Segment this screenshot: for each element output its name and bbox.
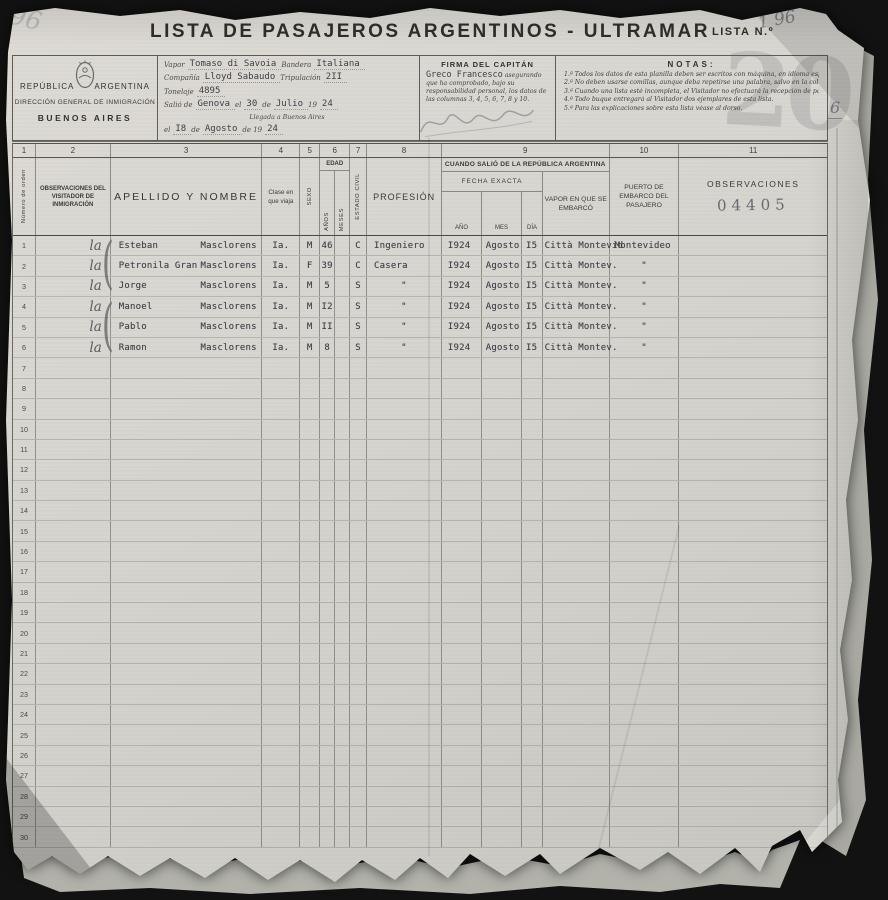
cell-prof: Casera [367, 256, 442, 275]
cell-puerto [610, 807, 680, 826]
cell-estado [350, 603, 367, 622]
cell-anio [442, 460, 482, 479]
cell-anios [320, 420, 335, 439]
table-row: 17 [13, 562, 827, 582]
tripulacion-value: 2II [324, 72, 347, 83]
cell-anio [442, 685, 482, 704]
cell-anio: I924 [442, 297, 482, 316]
cell-dia [522, 583, 543, 602]
cell-n: 20 [13, 623, 36, 642]
cell-dia [522, 603, 543, 622]
cell-anio [442, 399, 482, 418]
cell-dia [522, 562, 543, 581]
table-row: 16 [13, 542, 827, 562]
compania-value: Lloyd Sabaudo [203, 72, 280, 83]
cell-obs [679, 358, 827, 377]
cell-estado [350, 787, 367, 806]
cell-clase [262, 521, 300, 540]
cell-mes [482, 521, 522, 540]
table-row: 18 [13, 583, 827, 603]
cell-puerto [610, 460, 680, 479]
cell-sexo [300, 664, 320, 683]
tonelaje-value: 4895 [197, 86, 226, 97]
vertical-crease [836, 128, 838, 832]
cell-anios [320, 725, 335, 744]
cell-last [201, 664, 263, 683]
cell-vapor [543, 664, 610, 683]
cell-anios: 46 [320, 236, 335, 255]
table-row: 4laManoelMasclorensIa.MI2S"I924AgostoI5C… [13, 297, 827, 317]
cell-mark [36, 725, 111, 744]
cell-last [201, 807, 263, 826]
cell-sexo [300, 440, 320, 459]
cell-anio [442, 521, 482, 540]
cell-first [111, 481, 201, 500]
cell-n: 17 [13, 562, 36, 581]
passenger-table: 1 2 3 4 5 6 7 8 9 10 11 Número de orden … [12, 143, 828, 848]
cell-mark: la [36, 236, 111, 255]
cell-obs [679, 440, 827, 459]
cell-last [201, 420, 263, 439]
cell-estado [350, 583, 367, 602]
cell-anios [320, 440, 335, 459]
salio-anio: 24 [320, 99, 338, 110]
salio-puerto: Genova [196, 99, 236, 110]
cell-mes [482, 807, 522, 826]
cell-n: 28 [13, 787, 36, 806]
cell-mes [482, 358, 522, 377]
cell-prof [367, 460, 442, 479]
col-num: 1 [13, 144, 36, 157]
table-row: 29 [13, 807, 827, 827]
cell-puerto [610, 644, 680, 663]
table-row: 13 [13, 481, 827, 501]
cell-clase [262, 481, 300, 500]
cell-first [111, 623, 201, 642]
cell-n: 25 [13, 725, 36, 744]
cell-vapor [543, 603, 610, 622]
cell-mes [482, 583, 522, 602]
cell-clase: Ia. [262, 256, 300, 275]
cell-mes [482, 603, 522, 622]
cell-mes [482, 705, 522, 724]
cell-first [111, 644, 201, 663]
cell-sexo [300, 562, 320, 581]
cell-prof [367, 583, 442, 602]
cell-puerto [610, 399, 680, 418]
cell-anio: I924 [442, 338, 482, 357]
cell-anios [320, 521, 335, 540]
cell-obs [679, 481, 827, 500]
table-row: 24 [13, 705, 827, 725]
cell-anios: II [320, 318, 335, 337]
llegada-de-label: de [191, 126, 200, 134]
cell-puerto: " [610, 297, 680, 316]
cell-anios [320, 664, 335, 683]
cell-dia [522, 623, 543, 642]
cell-first [111, 501, 201, 520]
captain-signature [413, 96, 545, 145]
cell-mes [482, 623, 522, 642]
cell-clase [262, 501, 300, 520]
header-cuando-salio: CUANDO SALIÓ DE LA REPÚBLICA ARGENTINA F… [442, 158, 610, 235]
cell-clase [262, 399, 300, 418]
cell-estado: S [350, 277, 367, 296]
header-meses: MESES [335, 171, 349, 235]
cell-vapor [543, 583, 610, 602]
cell-obs [679, 277, 827, 296]
header-sexo: SEXO [300, 158, 320, 235]
cell-estado [350, 623, 367, 642]
cell-estado [350, 399, 367, 418]
cell-last [201, 644, 263, 663]
tonelaje-label: Tonelaje [164, 88, 194, 96]
corner-handwritten-mark: 96 [7, 1, 45, 37]
cell-estado: S [350, 318, 367, 337]
cell-sexo [300, 827, 320, 846]
cell-n: 22 [13, 664, 36, 683]
cell-dia [522, 358, 543, 377]
column-number-row: 1 2 3 4 5 6 7 8 9 10 11 [13, 144, 827, 158]
cell-prof: " [367, 277, 442, 296]
cell-n: 26 [13, 746, 36, 765]
cell-last [201, 583, 263, 602]
cell-obs [679, 644, 827, 663]
cell-obs [679, 603, 827, 622]
cell-dia [522, 725, 543, 744]
cell-first: Esteban [111, 236, 201, 255]
vapor-value: Tomaso di Savoia [188, 59, 282, 70]
cell-prof [367, 644, 442, 663]
cell-first [111, 460, 201, 479]
cell-meses [335, 562, 350, 581]
cell-anios [320, 623, 335, 642]
note-item: 3.ª Cuando una lista esté incompleta, el… [564, 88, 819, 96]
table-header-row: Número de orden OBSERVACIONES DEL VISITA… [13, 158, 827, 236]
cell-n: 14 [13, 501, 36, 520]
cell-obs [679, 583, 827, 602]
cell-obs [679, 562, 827, 581]
cell-anio [442, 746, 482, 765]
cell-sexo [300, 603, 320, 622]
cell-sexo [300, 705, 320, 724]
cell-sexo [300, 766, 320, 785]
cell-vapor [543, 440, 610, 459]
cell-last: Masclorens [201, 318, 263, 337]
cell-anio [442, 827, 482, 846]
cell-puerto [610, 358, 680, 377]
cell-meses [335, 481, 350, 500]
cell-n: 29 [13, 807, 36, 826]
cell-anio [442, 358, 482, 377]
cell-estado [350, 379, 367, 398]
header-fecha-exacta: FECHA EXACTA AÑO MES DÍA [442, 172, 543, 235]
cell-n: 13 [13, 481, 36, 500]
cell-first [111, 603, 201, 622]
cell-obs [679, 460, 827, 479]
cell-estado [350, 521, 367, 540]
cell-mark: la [36, 318, 111, 337]
cell-clase [262, 623, 300, 642]
cell-vapor [543, 521, 610, 540]
table-row: 3laJorgeMasclorensIa.M5S"I924AgostoI5Cit… [13, 277, 827, 297]
captain-title: FIRMA DEL CAPITÁN [426, 60, 549, 69]
cell-sexo [300, 379, 320, 398]
cell-anios [320, 746, 335, 765]
col-num: 7 [350, 144, 367, 157]
org-republica: REPÚBLICA [20, 82, 74, 91]
cell-anios: 39 [320, 256, 335, 275]
cell-first [111, 746, 201, 765]
compania-label: Compañía [164, 74, 200, 82]
cell-mark: la [36, 256, 111, 275]
cell-last [201, 440, 263, 459]
cell-n: 30 [13, 827, 36, 846]
cell-dia [522, 827, 543, 846]
cell-anio: I924 [442, 236, 482, 255]
cell-mes [482, 542, 522, 561]
cell-last: Masclorens [201, 256, 263, 275]
document-page: 96 LISTA DE PASAJEROS ARGENTINOS - ULTRA… [0, 0, 888, 900]
cell-puerto [610, 420, 680, 439]
cell-mes [482, 827, 522, 846]
cell-last [201, 379, 263, 398]
header-anio: AÑO [442, 192, 482, 235]
cell-anios [320, 827, 335, 846]
cell-anios [320, 807, 335, 826]
table-row: 23 [13, 685, 827, 705]
cell-estado [350, 705, 367, 724]
cell-obs [679, 501, 827, 520]
cell-prof [367, 807, 442, 826]
cell-anio [442, 379, 482, 398]
cell-n: 19 [13, 603, 36, 622]
cell-vapor [543, 481, 610, 500]
org-box: REPÚBLICA ARGENTINA DIRECCIÓN GENERAL DE… [12, 55, 158, 141]
vapor-label: Vapor [164, 61, 185, 69]
cell-obs [679, 807, 827, 826]
cell-obs [679, 725, 827, 744]
cell-anio: I924 [442, 277, 482, 296]
cell-mark [36, 787, 111, 806]
cell-dia: I5 [522, 236, 543, 255]
cell-obs [679, 664, 827, 683]
cell-mark [36, 521, 111, 540]
cell-mes: Agosto [482, 297, 522, 316]
cell-clase [262, 644, 300, 663]
cell-n: 4 [13, 297, 36, 316]
cell-prof: Ingeniero [367, 236, 442, 255]
cell-puerto: " [610, 256, 680, 275]
cell-prof [367, 358, 442, 377]
cell-meses [335, 583, 350, 602]
cell-prof [367, 481, 442, 500]
cell-dia [522, 685, 543, 704]
list-no-handwritten: 1 96 [757, 7, 798, 33]
cell-obs [679, 746, 827, 765]
cell-anio [442, 807, 482, 826]
cell-estado [350, 725, 367, 744]
header-dia: DÍA [522, 192, 542, 235]
cell-mark [36, 623, 111, 642]
cell-clase [262, 460, 300, 479]
cell-mark [36, 766, 111, 785]
cell-estado [350, 420, 367, 439]
cell-prof: " [367, 297, 442, 316]
cell-mark: la [36, 338, 111, 357]
cell-obs [679, 542, 827, 561]
cell-first [111, 685, 201, 704]
cell-obs [679, 705, 827, 724]
cell-dia [522, 787, 543, 806]
cell-last [201, 501, 263, 520]
table-row: 21 [13, 644, 827, 664]
cell-mes [482, 685, 522, 704]
cell-vapor: Città Montev. [543, 318, 610, 337]
cell-dia [522, 542, 543, 561]
cell-anio [442, 787, 482, 806]
cell-estado [350, 481, 367, 500]
cell-mark [36, 420, 111, 439]
cell-meses [335, 746, 350, 765]
cell-obs [679, 827, 827, 846]
bandera-value: Italiana [314, 59, 364, 70]
cell-meses [335, 725, 350, 744]
cell-puerto [610, 603, 680, 622]
cell-first [111, 521, 201, 540]
cell-clase: Ia. [262, 338, 300, 357]
cell-n: 23 [13, 685, 36, 704]
cell-sexo [300, 399, 320, 418]
captain-name: Greco Francesco [426, 70, 503, 80]
cell-n: 8 [13, 379, 36, 398]
cell-prof [367, 623, 442, 642]
cell-mark [36, 399, 111, 418]
cell-anios [320, 644, 335, 663]
cell-sexo [300, 583, 320, 602]
cell-vapor: Città Montev. [543, 297, 610, 316]
table-row: 7 [13, 358, 827, 378]
cell-clase [262, 685, 300, 704]
table-body: 1laEstebanMasclorensIa.M46CIngenieroI924… [13, 236, 827, 848]
cell-clase: Ia. [262, 277, 300, 296]
cell-puerto [610, 521, 680, 540]
cell-meses [335, 420, 350, 439]
cell-anio [442, 562, 482, 581]
col-num: 4 [262, 144, 300, 157]
cell-last [201, 460, 263, 479]
cell-anios [320, 685, 335, 704]
cell-mark [36, 664, 111, 683]
cell-mark [36, 583, 111, 602]
cell-estado [350, 827, 367, 846]
cell-clase [262, 379, 300, 398]
cell-mark [36, 542, 111, 561]
cell-last [201, 725, 263, 744]
col-num: 10 [610, 144, 680, 157]
col-num: 3 [111, 144, 263, 157]
table-row: 19 [13, 603, 827, 623]
cell-dia: I5 [522, 297, 543, 316]
argentina-coat-of-arms-icon [74, 60, 96, 95]
cell-clase [262, 358, 300, 377]
cell-first [111, 787, 201, 806]
cell-last [201, 358, 263, 377]
cell-prof [367, 603, 442, 622]
cell-clase [262, 583, 300, 602]
cell-mark [36, 827, 111, 846]
llegada-dia: I8 [173, 124, 191, 135]
cell-first [111, 807, 201, 826]
cell-mes: Agosto [482, 277, 522, 296]
cell-dia [522, 807, 543, 826]
cell-anio [442, 623, 482, 642]
cell-mes [482, 766, 522, 785]
cell-meses [335, 338, 350, 357]
cell-sexo: M [300, 277, 320, 296]
cell-vapor [543, 685, 610, 704]
cell-dia: I5 [522, 318, 543, 337]
cell-sexo [300, 725, 320, 744]
cell-mes [482, 460, 522, 479]
cell-puerto [610, 542, 680, 561]
cell-clase [262, 420, 300, 439]
table-row: 1laEstebanMasclorensIa.M46CIngenieroI924… [13, 236, 827, 256]
cell-dia [522, 664, 543, 683]
cell-first [111, 399, 201, 418]
cell-mes [482, 644, 522, 663]
margin-handwritten-mark: 6 [828, 98, 842, 119]
cell-anio [442, 440, 482, 459]
cell-mark [36, 746, 111, 765]
cell-meses [335, 236, 350, 255]
llegada-mes: Agosto [203, 124, 243, 135]
cell-meses [335, 705, 350, 724]
cell-prof [367, 685, 442, 704]
cell-last [201, 562, 263, 581]
cell-anio [442, 644, 482, 663]
cell-vapor: Città Montev. [543, 338, 610, 357]
cell-first [111, 827, 201, 846]
cell-meses [335, 297, 350, 316]
page-title: LISTA DE PASAJEROS ARGENTINOS - ULTRAMAR [150, 21, 710, 43]
salio-mes: Julio [274, 99, 308, 110]
cell-puerto [610, 440, 680, 459]
cell-prof [367, 379, 442, 398]
table-row: 26 [13, 746, 827, 766]
cell-prof [367, 827, 442, 846]
cell-sexo [300, 420, 320, 439]
header-vapor-embarco: VAPOR EN QUE SE EMBARCÓ [543, 172, 609, 235]
cell-obs [679, 685, 827, 704]
cell-obs [679, 379, 827, 398]
note-item: 2.ª No deben usarse comillas, aunque deb… [564, 79, 819, 87]
cell-mark: la [36, 277, 111, 296]
cell-anio [442, 542, 482, 561]
group-brace: ( [102, 233, 114, 294]
cell-anios [320, 766, 335, 785]
cell-last [201, 521, 263, 540]
cell-n: 9 [13, 399, 36, 418]
cell-puerto [610, 623, 680, 642]
header-mes: MES [482, 192, 522, 235]
cell-first: Pablo [111, 318, 201, 337]
cell-clase [262, 705, 300, 724]
header-puerto-embarco: PUERTO DE EMBARCO DEL PASAJERO [610, 158, 680, 235]
cell-estado [350, 644, 367, 663]
cell-sexo [300, 746, 320, 765]
cell-anios [320, 358, 335, 377]
